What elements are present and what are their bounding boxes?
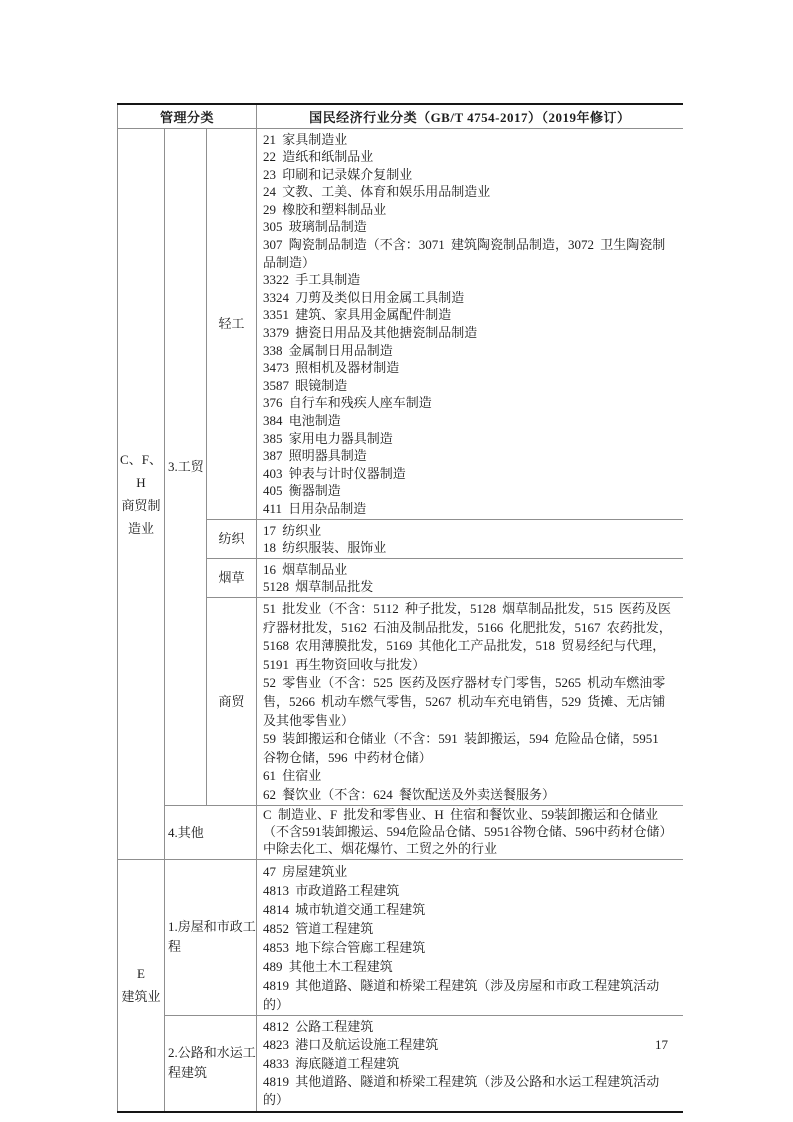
category-label-gongmao: 3.工贸 — [165, 128, 207, 806]
entry-line: 24 文教、工美、体育和娱乐用品制造业 — [263, 183, 677, 201]
entry-line: 4814 城市轨道交通工程建筑 — [263, 900, 677, 919]
entries-textile: 17 纺织业18 纺织服装、服饰业 — [257, 519, 683, 558]
entry-line: 61 住宿业 — [263, 767, 677, 786]
entry-line: 4819 其他道路、隧道和桥梁工程建筑（涉及房屋和市政工程建筑活动的） — [263, 976, 677, 1014]
section-label-commerce: 商贸 — [207, 597, 257, 806]
table-row: 2.公路和水运工程建筑 4812 公路工程建筑4823 港口及航运设施工程建筑4… — [118, 1015, 683, 1112]
entry-line: 4813 市政道路工程建筑 — [263, 881, 677, 900]
table-header-row: 管理分类 国民经济行业分类（GB/T 4754-2017）（2019年修订） — [118, 104, 683, 128]
entries-housing-municipal: 47 房屋建筑业4813 市政道路工程建筑4814 城市轨道交通工程建筑4852… — [257, 859, 683, 1015]
header-industry-classification: 国民经济行业分类（GB/T 4754-2017）（2019年修订） — [257, 104, 683, 128]
entries-tobacco: 16 烟草制品业5128 烟草制品批发 — [257, 558, 683, 597]
entries-highway-waterway: 4812 公路工程建筑4823 港口及航运设施工程建筑4833 海底隧道工程建筑… — [257, 1015, 683, 1112]
entry-line: 4823 港口及航运设施工程建筑 — [263, 1036, 677, 1054]
table-row: E 建筑业 1.房屋和市政工程 47 房屋建筑业4813 市政道路工程建筑481… — [118, 859, 683, 1015]
category-label-highway-waterway: 2.公路和水运工程建筑 — [165, 1015, 257, 1112]
page-number: 17 — [655, 1037, 668, 1053]
entry-line: 4853 地下综合管廊工程建筑 — [263, 938, 677, 957]
entry-line: 3587 眼镜制造 — [263, 377, 677, 395]
entry-line: 3324 刀剪及类似日用金属工具制造 — [263, 289, 677, 307]
section-label-light-industry: 轻工 — [207, 128, 257, 519]
entries-commerce: 51 批发业（不含：5112 种子批发，5128 烟草制品批发，515 医药及医… — [257, 597, 683, 806]
entry-line: 305 玻璃制品制造 — [263, 218, 677, 236]
entry-line: 16 烟草制品业 — [263, 561, 677, 579]
entry-line: 376 自行车和残疾人座车制造 — [263, 394, 677, 412]
document-page: 管理分类 国民经济行业分类（GB/T 4754-2017）（2019年修订） C… — [0, 0, 793, 1122]
entry-line: 21 家具制造业 — [263, 131, 677, 149]
entry-line: 4852 管道工程建筑 — [263, 919, 677, 938]
entry-line: 3322 手工具制造 — [263, 271, 677, 289]
entries-other: C 制造业、F 批发和零售业、H 住宿和餐饮业、59装卸搬运和仓储业（不含591… — [257, 806, 683, 859]
entry-line: 3379 搪瓷日用品及其他搪瓷制品制造 — [263, 324, 677, 342]
entry-line: 307 陶瓷制品制造（不含：3071 建筑陶瓷制品制造，3072 卫生陶瓷制品制… — [263, 236, 677, 271]
entry-line: 5128 烟草制品批发 — [263, 578, 677, 596]
entry-line: 4819 其他道路、隧道和桥梁工程建筑（涉及公路和水运工程建筑活动的） — [263, 1073, 677, 1110]
entry-line: 52 零售业（不含：525 医药及医疗器材专门零售，5265 机动车燃油零售，5… — [263, 674, 677, 730]
entry-line: 23 印刷和记录媒介复制业 — [263, 166, 677, 184]
entries-light-industry: 21 家具制造业22 造纸和纸制品业23 印刷和记录媒介复制业24 文教、工美、… — [257, 128, 683, 519]
entry-line: 59 装卸搬运和仓储业（不含：591 装卸搬运，594 危险品仓储，5951 谷… — [263, 730, 677, 767]
category-label-other: 4.其他 — [165, 806, 257, 859]
entry-line: 411 日用杂品制造 — [263, 500, 677, 518]
group-label-cfh-trade-manufacturing: C、F、H 商贸制造业 — [118, 128, 165, 859]
classification-table: 管理分类 国民经济行业分类（GB/T 4754-2017）（2019年修订） C… — [117, 103, 683, 1113]
entry-line: 387 照明器具制造 — [263, 447, 677, 465]
entry-line: 47 房屋建筑业 — [263, 862, 677, 881]
entry-line: 403 钟表与计时仪器制造 — [263, 465, 677, 483]
table-row: C、F、H 商贸制造业 3.工贸 轻工 21 家具制造业22 造纸和纸制品业23… — [118, 128, 683, 519]
category-label-housing-municipal: 1.房屋和市政工程 — [165, 859, 257, 1015]
entry-line: 4833 海底隧道工程建筑 — [263, 1055, 677, 1073]
entry-line: 384 电池制造 — [263, 412, 677, 430]
header-admin-classification: 管理分类 — [118, 104, 257, 128]
entry-line: 385 家用电力器具制造 — [263, 430, 677, 448]
section-label-textile: 纺织 — [207, 519, 257, 558]
entry-line: 51 批发业（不含：5112 种子批发，5128 烟草制品批发，515 医药及医… — [263, 600, 677, 674]
entry-line: 29 橡胶和塑料制品业 — [263, 201, 677, 219]
entry-line: 405 衡器制造 — [263, 482, 677, 500]
entry-line: 338 金属制日用品制造 — [263, 342, 677, 360]
entry-line: 62 餐饮业（不含：624 餐饮配送及外卖送餐服务） — [263, 786, 677, 805]
entry-line: C 制造业、F 批发和零售业、H 住宿和餐饮业、59装卸搬运和仓储业（不含591… — [263, 807, 677, 857]
table-row: 4.其他 C 制造业、F 批发和零售业、H 住宿和餐饮业、59装卸搬运和仓储业（… — [118, 806, 683, 859]
entry-line: 17 纺织业 — [263, 522, 677, 540]
section-label-tobacco: 烟草 — [207, 558, 257, 597]
group-label-e-construction: E 建筑业 — [118, 859, 165, 1112]
entry-line: 3473 照相机及器材制造 — [263, 359, 677, 377]
entry-line: 4812 公路工程建筑 — [263, 1018, 677, 1036]
entry-line: 18 纺织服装、服饰业 — [263, 539, 677, 557]
entry-line: 3351 建筑、家具用金属配件制造 — [263, 306, 677, 324]
entry-line: 489 其他土木工程建筑 — [263, 957, 677, 976]
entry-line: 22 造纸和纸制品业 — [263, 148, 677, 166]
